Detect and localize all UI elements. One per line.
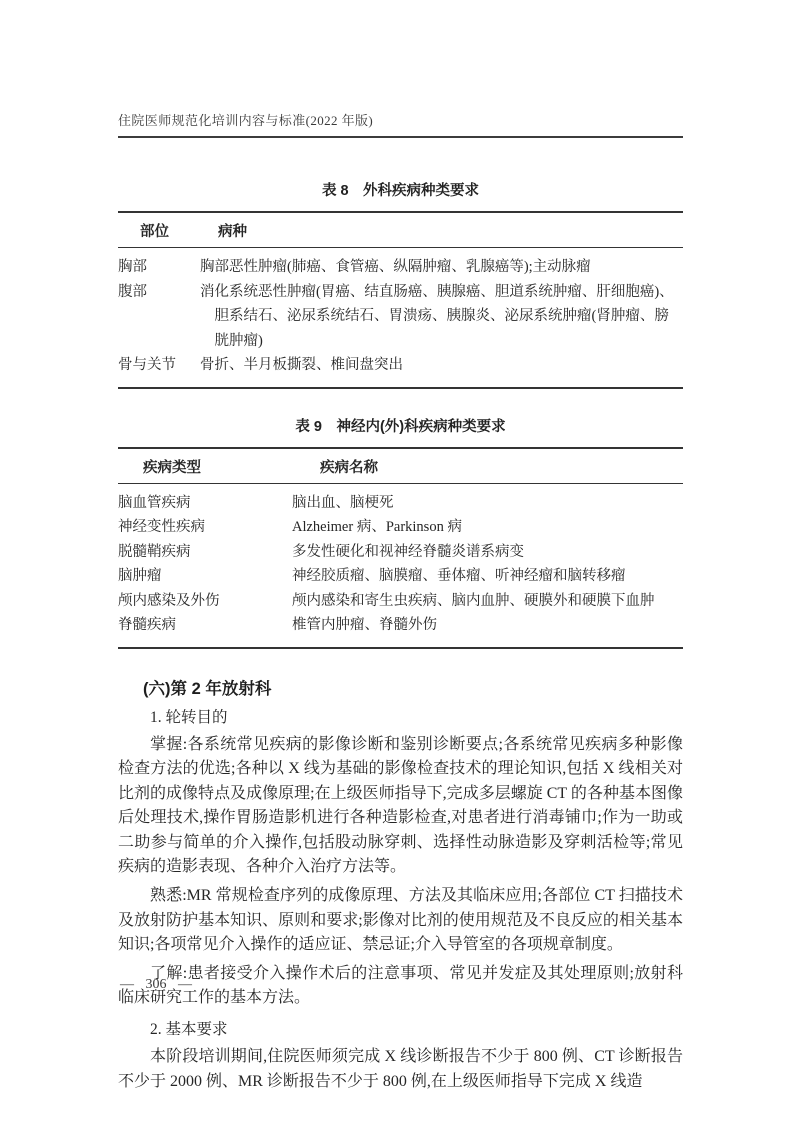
table9-row-names: 神经胶质瘤、脑膜瘤、垂体瘤、听神经瘤和脑转移瘤 (292, 564, 683, 589)
table-row: 脑肿瘤 神经胶质瘤、脑膜瘤、垂体瘤、听神经瘤和脑转移瘤 (118, 564, 683, 589)
table9-col2-header: 疾病名称 (292, 456, 683, 477)
table9-title: 表 9 神经内(外)科疾病种类要求 (118, 415, 683, 436)
table8-row-part: 胸部 (118, 255, 200, 280)
table-row: 胸部 胸部恶性肿瘤(肺癌、食管癌、纵隔肿瘤、乳腺癌等);主动脉瘤 (118, 255, 683, 280)
page-content: 住院医师规范化培训内容与标准(2022 年版) 表 8 外科疾病种类要求 部位 … (118, 110, 683, 1094)
table9-row-names: 椎管内肿瘤、脊髓外伤 (292, 613, 683, 638)
table8-header-row: 部位 病种 (118, 213, 683, 248)
table9-row-type: 脱髓鞘疾病 (118, 540, 292, 565)
section-heading: (六)第 2 年放射科 (118, 675, 683, 699)
page-number: — 306 — (120, 977, 192, 993)
running-header: 住院医师规范化培训内容与标准(2022 年版) (118, 110, 683, 129)
header-rule (118, 136, 683, 138)
subsection-rotation-purpose: 1. 轮转目的 (118, 707, 683, 729)
table9-row-type: 脑血管疾病 (118, 491, 292, 516)
table-row: 脊髓疾病 椎管内肿瘤、脊髓外伤 (118, 613, 683, 638)
table9: 疾病类型 疾病名称 脑血管疾病 脑出血、脑梗死 神经变性疾病 Alzheimer… (118, 447, 683, 649)
table-row: 骨与关节 骨折、半月板撕裂、椎间盘突出 (118, 353, 683, 378)
table8-row-diseases: 胸部恶性肿瘤(肺癌、食管癌、纵隔肿瘤、乳腺癌等);主动脉瘤 (200, 255, 683, 280)
table-row: 神经变性疾病 Alzheimer 病、Parkinson 病 (118, 515, 683, 540)
table-row: 脑血管疾病 脑出血、脑梗死 (118, 491, 683, 516)
table-row: 颅内感染及外伤 颅内感染和寄生虫疾病、脑内血肿、硬膜外和硬膜下血肿 (118, 589, 683, 614)
table9-row-type: 神经变性疾病 (118, 515, 292, 540)
table8-row-part: 腹部 (118, 280, 200, 354)
table-row: 脱髓鞘疾病 多发性硬化和视神经脊髓炎谱系病变 (118, 540, 683, 565)
table8-row-diseases: 骨折、半月板撕裂、椎间盘突出 (200, 353, 683, 378)
table9-col1-header: 疾病类型 (118, 456, 292, 477)
table9-header-row: 疾病类型 疾病名称 (118, 449, 683, 484)
subsection-basic-requirements: 2. 基本要求 (118, 1019, 683, 1041)
table9-row-type: 颅内感染及外伤 (118, 589, 292, 614)
table8-row-diseases: 消化系统恶性肿瘤(胃癌、结直肠癌、胰腺癌、胆道系统肿瘤、肝细胞癌)、胆系结石、泌… (200, 280, 683, 354)
paragraph-understand: 了解:患者接受介入操作术后的注意事项、常见并发症及其处理原则;放射科临床研究工作… (118, 962, 683, 1011)
table9-body: 脑血管疾病 脑出血、脑梗死 神经变性疾病 Alzheimer 病、Parkins… (118, 484, 683, 647)
table-row: 腹部 消化系统恶性肿瘤(胃癌、结直肠癌、胰腺癌、胆道系统肿瘤、肝细胞癌)、胆系结… (118, 280, 683, 354)
table9-row-names: 颅内感染和寄生虫疾病、脑内血肿、硬膜外和硬膜下血肿 (292, 589, 683, 614)
table9-row-names: 脑出血、脑梗死 (292, 491, 683, 516)
table8-col2-header: 病种 (200, 220, 683, 241)
table9-row-names: Alzheimer 病、Parkinson 病 (292, 515, 683, 540)
table8-body: 胸部 胸部恶性肿瘤(肺癌、食管癌、纵隔肿瘤、乳腺癌等);主动脉瘤 腹部 消化系统… (118, 248, 683, 387)
table9-row-names: 多发性硬化和视神经脊髓炎谱系病变 (292, 540, 683, 565)
paragraph-familiar: 熟悉:MR 常规检查序列的成像原理、方法及其临床应用;各部位 CT 扫描技术及放… (118, 884, 683, 958)
table8-col1-header: 部位 (118, 220, 200, 241)
paragraph-requirement: 本阶段培训期间,住院医师须完成 X 线诊断报告不少于 800 例、CT 诊断报告… (118, 1045, 683, 1094)
table8: 部位 病种 胸部 胸部恶性肿瘤(肺癌、食管癌、纵隔肿瘤、乳腺癌等);主动脉瘤 腹… (118, 211, 683, 389)
table9-row-type: 脑肿瘤 (118, 564, 292, 589)
table9-row-type: 脊髓疾病 (118, 613, 292, 638)
paragraph-master: 掌握:各系统常见疾病的影像诊断和鉴别诊断要点;各系统常见疾病多种影像检查方法的优… (118, 733, 683, 881)
table8-title: 表 8 外科疾病种类要求 (118, 179, 683, 200)
table8-row-part: 骨与关节 (118, 353, 200, 378)
